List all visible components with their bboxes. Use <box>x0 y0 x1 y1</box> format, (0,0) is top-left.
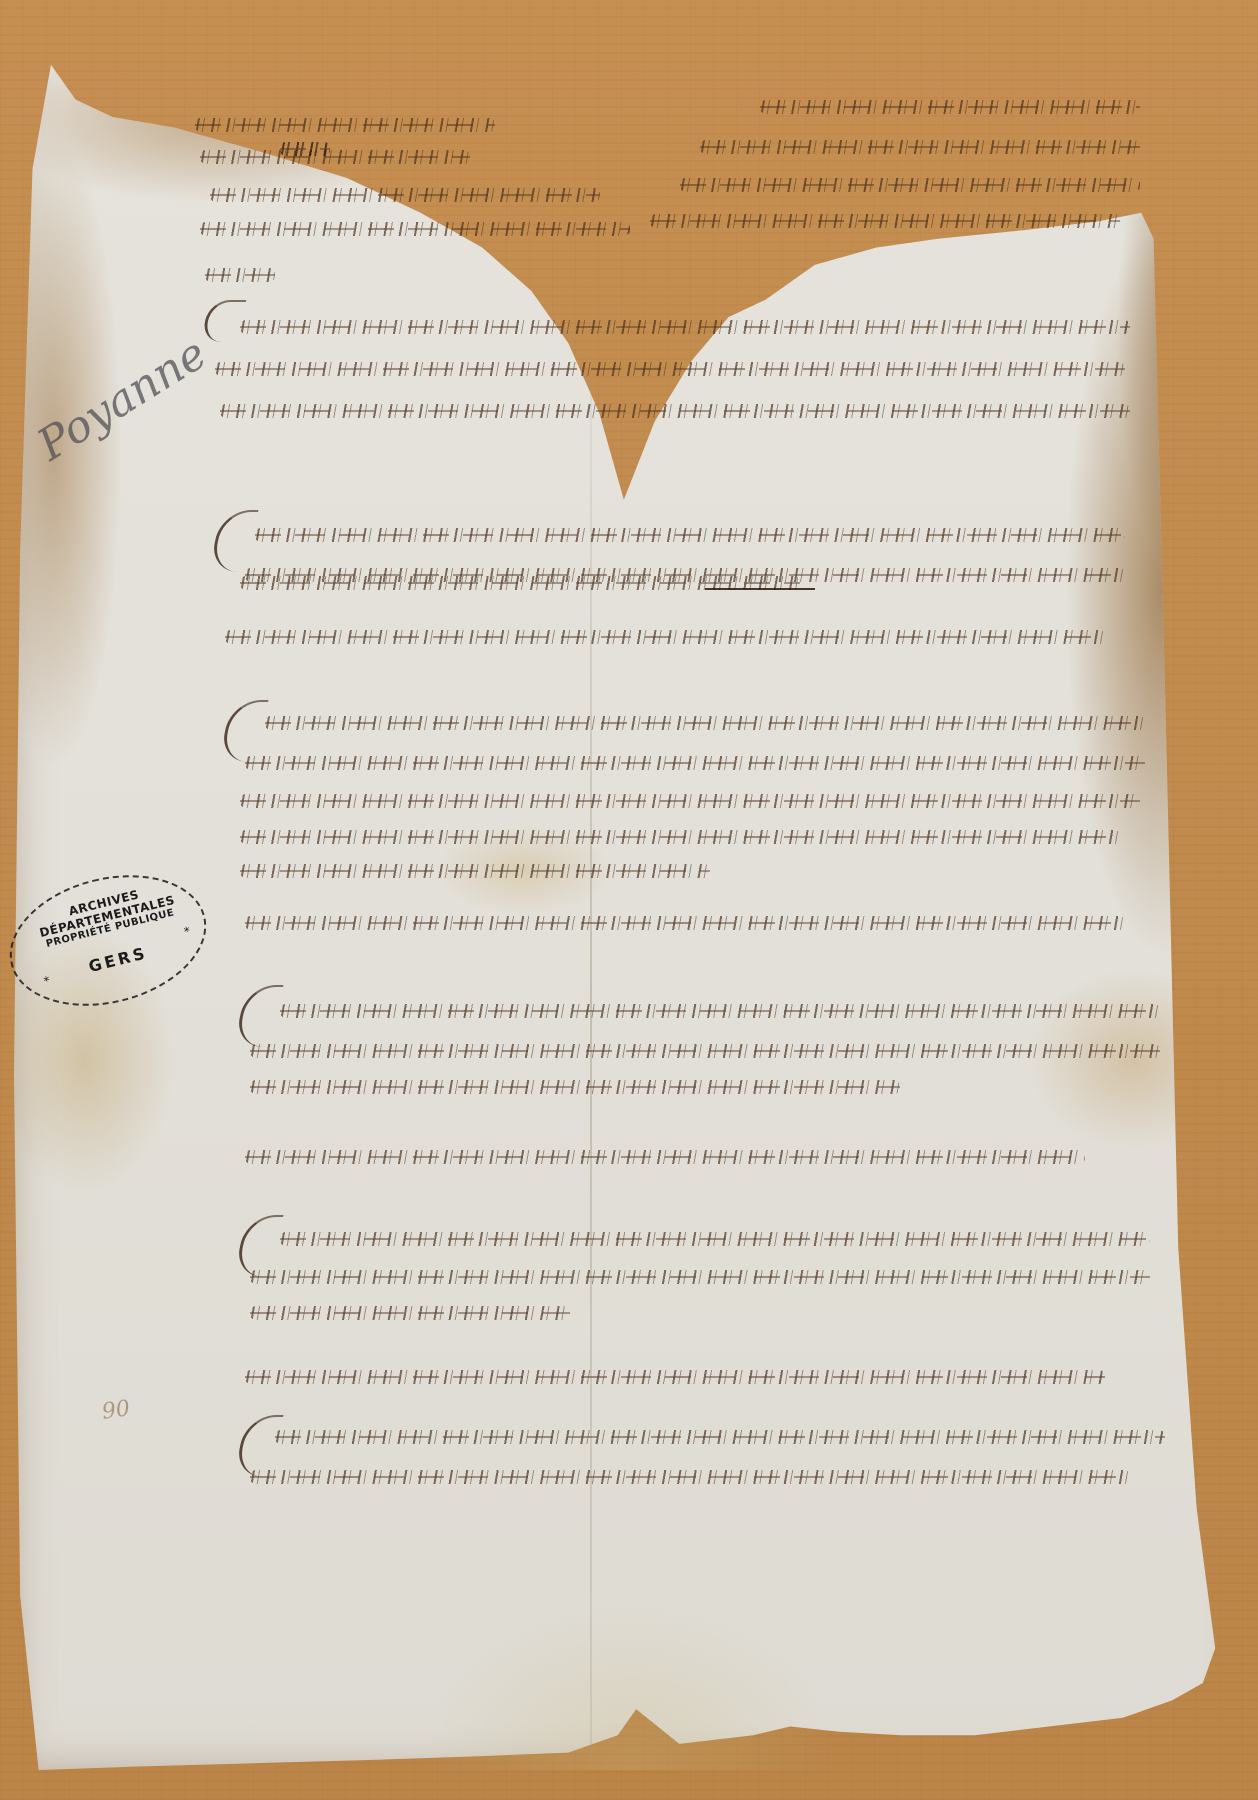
handwritten-line <box>700 140 1140 154</box>
handwritten-line <box>200 222 630 236</box>
handwritten-line <box>245 756 1145 770</box>
handwritten-line <box>205 268 275 282</box>
handwritten-line <box>680 178 1140 192</box>
handwritten-line <box>250 1044 1160 1058</box>
handwritten-line <box>250 1270 1150 1284</box>
handwritten-line <box>240 794 1140 808</box>
handwritten-line <box>255 528 1125 542</box>
handwritten-line <box>225 630 1105 644</box>
handwritten-line <box>195 118 495 132</box>
handwritten-line <box>240 320 1130 334</box>
handwritten-line <box>215 362 1125 376</box>
handwritten-line <box>240 864 710 878</box>
handwritten-line <box>760 100 1140 114</box>
margin-number: 90 <box>100 1396 131 1425</box>
handwritten-line <box>280 1004 1160 1018</box>
underline-mark <box>705 588 815 590</box>
handwritten-line <box>250 1470 1130 1484</box>
handwritten-line <box>250 1306 570 1320</box>
handwritten-line <box>210 188 600 202</box>
handwritten-line <box>280 1232 1150 1246</box>
handwritten-line <box>250 1080 900 1094</box>
handwritten-line <box>265 716 1145 730</box>
handwritten-line <box>200 150 470 164</box>
fold-stain <box>420 1600 840 1770</box>
handwritten-line <box>245 1370 1105 1384</box>
handwritten-line <box>245 916 1125 930</box>
handwritten-line <box>650 214 1120 228</box>
handwritten-line <box>240 830 1120 844</box>
handwritten-line <box>245 1150 1085 1164</box>
handwritten-word <box>280 142 330 156</box>
handwritten-line <box>275 1430 1165 1444</box>
photo-background: ARCHIVES DÉPARTEMENTALES PROPRIÉTÉ PUBLI… <box>0 0 1258 1800</box>
center-fold <box>590 200 592 1760</box>
handwritten-line <box>220 404 1130 418</box>
